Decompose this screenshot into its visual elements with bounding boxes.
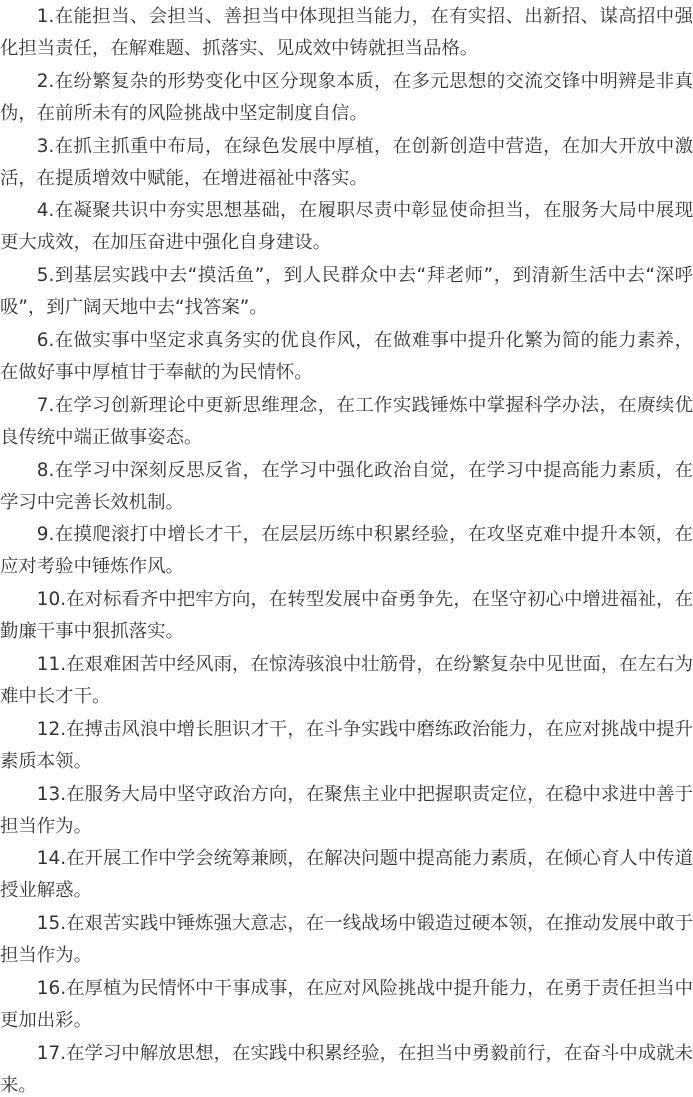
paragraph-1: 1.在能担当、会担当、善担当中体现担当能力，在有实招、出新招、谋高招中强化担当责… <box>0 1 693 66</box>
paragraph-text: 9.在摸爬滚打中增长才干，在层层历练中积累经验，在攻坚克难中提升本领，在应对考验… <box>0 519 693 583</box>
paragraph-8: 8.在学习中深刻反思反省，在学习中强化政治自觉，在学习中提高能力素质，在学习中完… <box>0 455 693 520</box>
paragraph-2: 2.在纷繁复杂的形势变化中区分现象本质，在多元思想的交流交锋中明辨是非真伪，在前… <box>0 66 693 131</box>
paragraph-text: 8.在学习中深刻反思反省，在学习中强化政治自觉，在学习中提高能力素质，在学习中完… <box>0 455 693 519</box>
paragraph-text: 2.在纷繁复杂的形势变化中区分现象本质，在多元思想的交流交锋中明辨是非真伪，在前… <box>0 66 693 130</box>
paragraph-text: 11.在艰难困苦中经风雨，在惊涛骇浪中壮筋骨，在纷繁复杂中见世面，在左右为难中长… <box>0 649 693 713</box>
paragraph-text: 5.到基层实践中去“摸活鱼”，到人民群众中去“拜老师”，到清新生活中去“深呼吸”… <box>0 260 693 324</box>
paragraph-text: 13.在服务大局中坚守政治方向，在聚焦主业中把握职责定位，在稳中求进中善于担当作… <box>0 779 693 843</box>
paragraph-7: 7.在学习创新理论中更新思维理念，在工作实践锤炼中掌握科学办法，在赓续优良传统中… <box>0 390 693 455</box>
paragraph-5: 5.到基层实践中去“摸活鱼”，到人民群众中去“拜老师”，到清新生活中去“深呼吸”… <box>0 260 693 325</box>
paragraph-6: 6.在做实事中坚定求真务实的优良作风，在做难事中提升化繁为简的能力素养，在做好事… <box>0 325 693 390</box>
paragraph-12: 12.在搏击风浪中增长胆识才干，在斗争实践中磨练政治能力，在应对挑战中提升素质本… <box>0 714 693 779</box>
paragraph-17: 17.在学习中解放思想，在实践中积累经验，在担当中勇毅前行，在奋斗中成就未来。 <box>0 1038 693 1097</box>
paragraph-text: 4.在凝聚共识中夯实思想基础，在履职尽责中彰显使命担当，在服务大局中展现更大成效… <box>0 195 693 259</box>
paragraph-text: 1.在能担当、会担当、善担当中体现担当能力，在有实招、出新招、谋高招中强化担当责… <box>0 1 693 65</box>
paragraph-11: 11.在艰难困苦中经风雨，在惊涛骇浪中壮筋骨，在纷繁复杂中见世面，在左右为难中长… <box>0 649 693 714</box>
paragraph-text: 7.在学习创新理论中更新思维理念，在工作实践锤炼中掌握科学办法，在赓续优良传统中… <box>0 390 693 454</box>
paragraph-text: 14.在开展工作中学会统筹兼顾，在解决问题中提高能力素质，在倾心育人中传道授业解… <box>0 843 693 907</box>
paragraph-text: 3.在抓主抓重中布局，在绿色发展中厚植，在创新创造中营造，在加大开放中激活，在提… <box>0 131 693 195</box>
paragraph-13: 13.在服务大局中坚守政治方向，在聚焦主业中把握职责定位，在稳中求进中善于担当作… <box>0 779 693 844</box>
paragraph-10: 10.在对标看齐中把牢方向，在转型发展中奋勇争先，在坚守初心中增进福祉，在勤廉干… <box>0 584 693 649</box>
paragraph-14: 14.在开展工作中学会统筹兼顾，在解决问题中提高能力素质，在倾心育人中传道授业解… <box>0 843 693 908</box>
paragraph-text: 17.在学习中解放思想，在实践中积累经验，在担当中勇毅前行，在奋斗中成就未来。 <box>0 1038 693 1097</box>
document-body: 1.在能担当、会担当、善担当中体现担当能力，在有实招、出新招、谋高招中强化担当责… <box>0 0 693 1097</box>
paragraph-text: 10.在对标看齐中把牢方向，在转型发展中奋勇争先，在坚守初心中增进福祉，在勤廉干… <box>0 584 693 648</box>
paragraph-text: 15.在艰苦实践中锤炼强大意志，在一线战场中锻造过硬本领，在推动发展中敢于担当作… <box>0 908 693 972</box>
paragraph-text: 6.在做实事中坚定求真务实的优良作风，在做难事中提升化繁为简的能力素养，在做好事… <box>0 325 693 389</box>
paragraph-15: 15.在艰苦实践中锤炼强大意志，在一线战场中锻造过硬本领，在推动发展中敢于担当作… <box>0 908 693 973</box>
paragraph-16: 16.在厚植为民情怀中干事成事，在应对风险挑战中提升能力，在勇于责任担当中更加出… <box>0 973 693 1038</box>
paragraph-text: 16.在厚植为民情怀中干事成事，在应对风险挑战中提升能力，在勇于责任担当中更加出… <box>0 973 693 1037</box>
paragraph-9: 9.在摸爬滚打中增长才干，在层层历练中积累经验，在攻坚克难中提升本领，在应对考验… <box>0 519 693 584</box>
paragraph-3: 3.在抓主抓重中布局，在绿色发展中厚植，在创新创造中营造，在加大开放中激活，在提… <box>0 131 693 196</box>
paragraph-text: 12.在搏击风浪中增长胆识才干，在斗争实践中磨练政治能力，在应对挑战中提升素质本… <box>0 714 693 778</box>
paragraph-4: 4.在凝聚共识中夯实思想基础，在履职尽责中彰显使命担当，在服务大局中展现更大成效… <box>0 195 693 260</box>
